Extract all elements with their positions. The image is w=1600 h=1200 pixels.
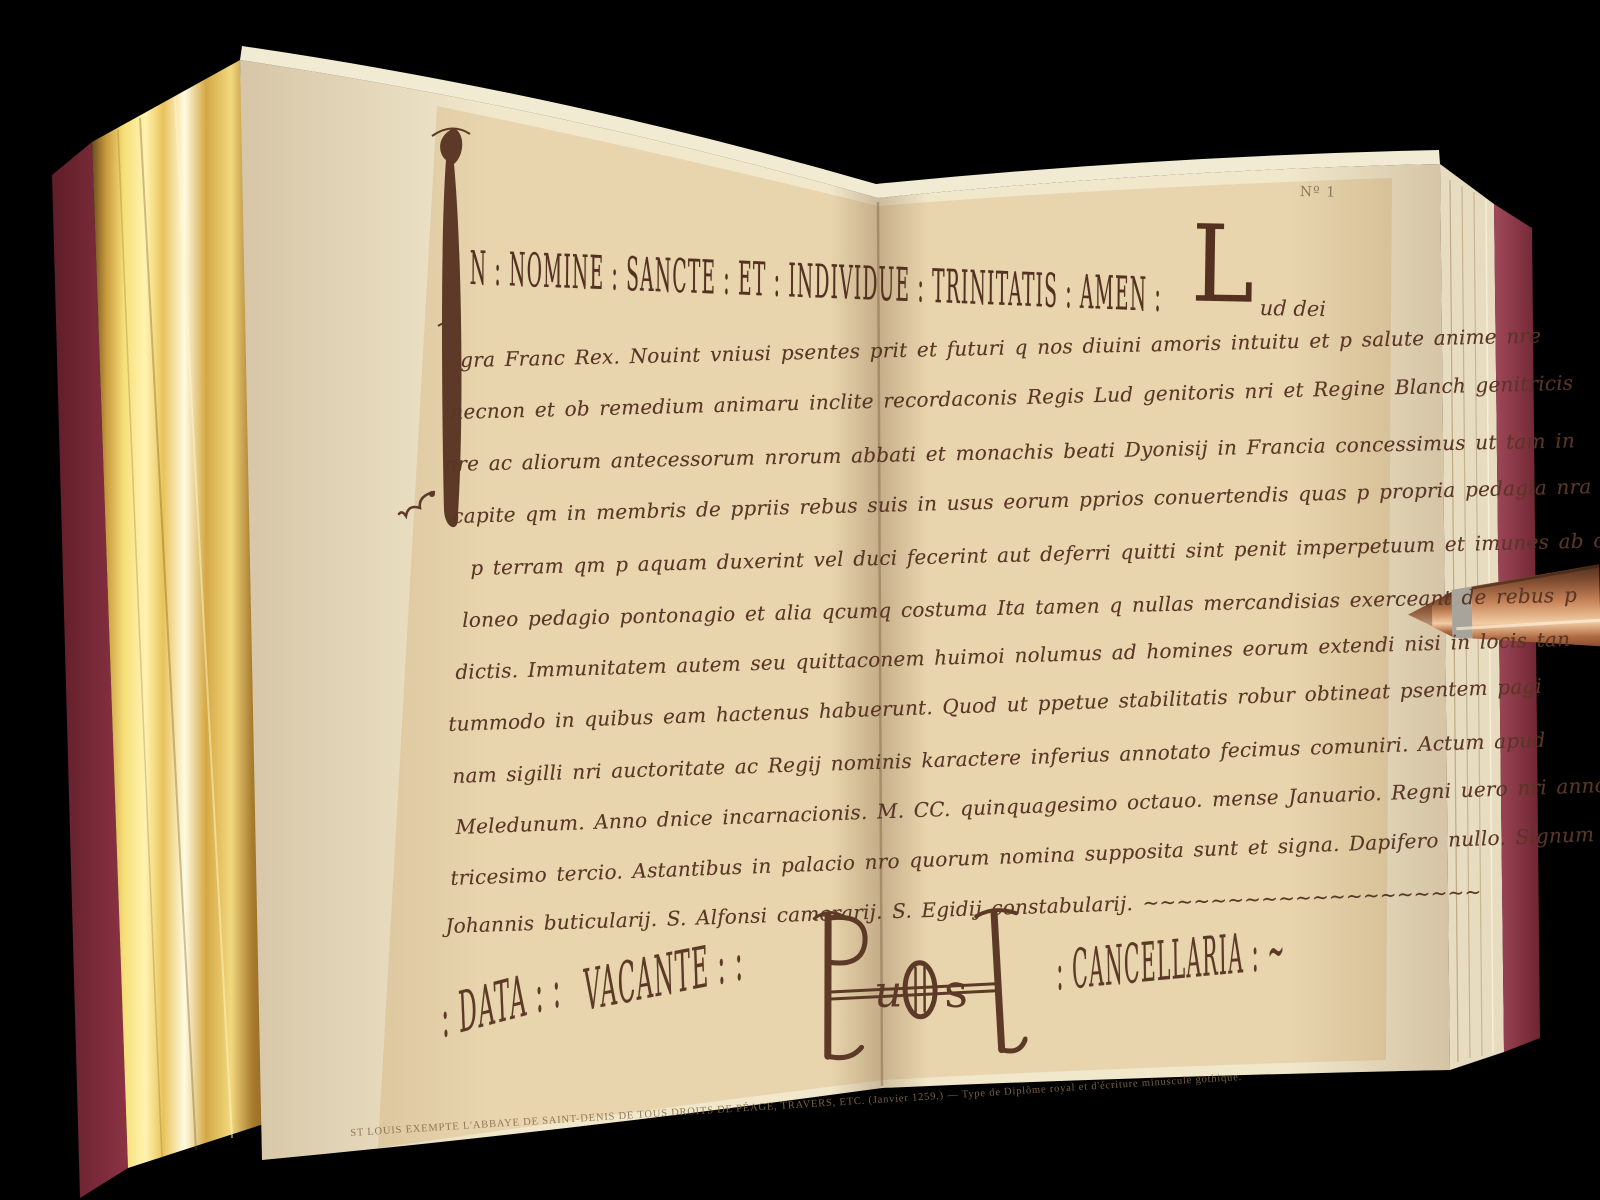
charter-line: tummodo in quibus eam hactenus habuerunt… xyxy=(448,674,1542,736)
subscription-data-word: : DATA : : xyxy=(440,953,563,1050)
plate-caption: ST LOUIS EXEMPTE L'ABBAYE DE SAINT-DENIS… xyxy=(350,1072,1242,1139)
illuminated-initial-I-icon xyxy=(424,120,474,540)
charter-line: nre ac aliorum antecessorum nrorum abbat… xyxy=(444,428,1575,476)
charter-line: dictis. Immunitatem autem seu quittacone… xyxy=(455,627,1570,684)
charter-line: necnon et ob remedium animaru inclite re… xyxy=(450,371,1574,424)
marginal-flourish-icon xyxy=(396,486,438,524)
charter-heading: n : nomine : sancte : et : individue : t… xyxy=(470,242,1162,323)
ludovicus-royal-monogram-icon: u s xyxy=(794,899,1028,1075)
svg-text:u: u xyxy=(873,966,903,1018)
heading-line-end: ud dei xyxy=(1260,296,1327,321)
subscription-vacante-word: VACANTE : : xyxy=(583,927,745,1024)
charter-line: nam sigilli nri auctoritate ac Regij nom… xyxy=(452,728,1546,788)
heading-big-initial-L: L xyxy=(1190,212,1255,320)
subscription-cancellaria-word: : CANCELLARIA : ~ xyxy=(1056,919,1286,1004)
charter-line: p terram qm p aquam duxerint vel duci fe… xyxy=(470,527,1600,580)
charter-line: loneo pedagio pontonagio et alia qcumq c… xyxy=(462,583,1577,632)
photograph-of-open-book: Nº 1 n : nomine : sancte : et : individu… xyxy=(0,0,1600,1200)
plate-number: Nº 1 xyxy=(1300,184,1336,201)
facsimile-text-layer: Nº 1 n : nomine : sancte : et : individu… xyxy=(0,0,1600,1200)
charter-line: capite qm in membris de ppriis rebus sui… xyxy=(452,473,1600,528)
svg-text:s: s xyxy=(943,964,968,1019)
charter-line: gra Franc Rex. Nouint vniusi psentes pri… xyxy=(460,323,1541,372)
